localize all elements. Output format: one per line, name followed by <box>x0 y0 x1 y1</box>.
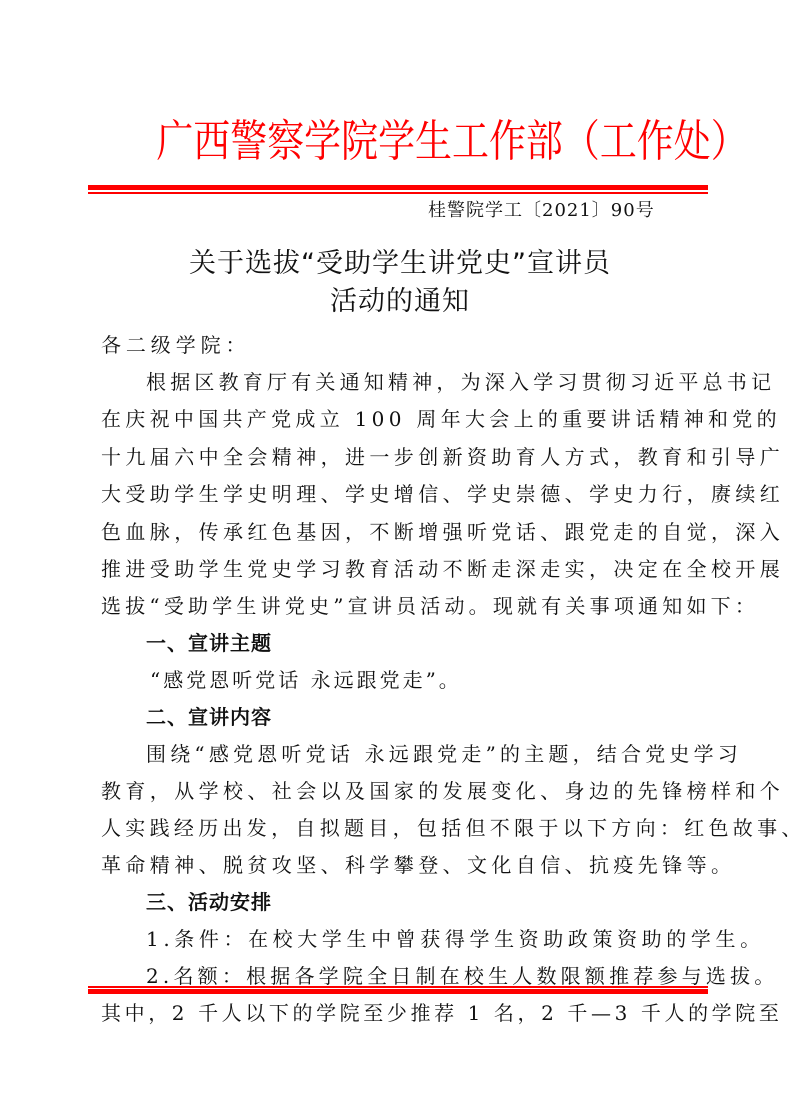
intro-line: 选拔“受助学生讲党史”宣讲员活动。现就有关事项通知如下： <box>101 588 701 625</box>
notice-title-line-1: 关于选拔“受助学生讲党史”宣讲员 <box>100 246 700 282</box>
intro-line: 推进受助学生党史学习教育活动不断走深走实，决定在全校开展 <box>101 551 701 588</box>
section-line: 教育，从学校、社会以及国家的发展变化、身边的先锋榜样和个 <box>101 773 701 810</box>
section-line: 革命精神、脱贫攻坚、科学攀登、文化自信、抗疫先锋等。 <box>101 847 701 884</box>
footer-rule-thin <box>88 986 708 988</box>
notice-title-line-2: 活动的通知 <box>100 284 700 320</box>
letterhead-rule-thick <box>88 185 708 190</box>
intro-line: 十九届六中全会精神，进一步创新资助育人方式，教育和引导广 <box>101 439 701 476</box>
section-line: 其中，2 千人以下的学院至少推荐 1 名，2 千—3 千人的学院至 <box>101 995 701 1032</box>
letterhead-rule-thin <box>88 192 708 194</box>
salutation: 各二级学院： <box>101 327 701 364</box>
section-line: 围绕“感党恩听党话 永远跟党走”的主题，结合党史学习 <box>146 736 746 773</box>
section-heading-content: 二、宣讲内容 <box>146 699 272 736</box>
intro-line: 根据区教育厅有关通知精神，为深入学习贯彻习近平总书记 <box>146 364 746 401</box>
document-page: 广西警察学院学生工作部（工作处） 桂警院学工〔2021〕90号 关于选拔“受助学… <box>0 0 794 1108</box>
section-heading-arrangement: 三、活动安排 <box>146 884 272 921</box>
intro-line: 在庆祝中国共产党成立 100 周年大会上的重要讲话精神和党的 <box>101 401 701 438</box>
section-heading-theme: 一、宣讲主题 <box>146 625 272 662</box>
intro-line: 大受助学生学史明理、学史增信、学史崇德、学史力行，赓续红 <box>101 476 701 513</box>
section-line: “感党恩听党话 永远跟党走”。 <box>150 662 750 699</box>
document-number: 桂警院学工〔2021〕90号 <box>428 198 655 224</box>
section-line: 1.条件：在校大学生中曾获得学生资助政策资助的学生。 <box>146 921 746 958</box>
letterhead-org-title: 广西警察学院学生工作部（工作处） <box>100 112 704 172</box>
footer-rule-thick <box>88 989 708 994</box>
intro-line: 色血脉，传承红色基因，不断增强听党话、跟党走的自觉，深入 <box>101 514 701 551</box>
section-line: 人实践经历出发，自拟题目，包括但不限于以下方向：红色故事、 <box>101 810 701 847</box>
letterhead-org-title-text: 广西警察学院学生工作部（工作处） <box>156 112 747 172</box>
